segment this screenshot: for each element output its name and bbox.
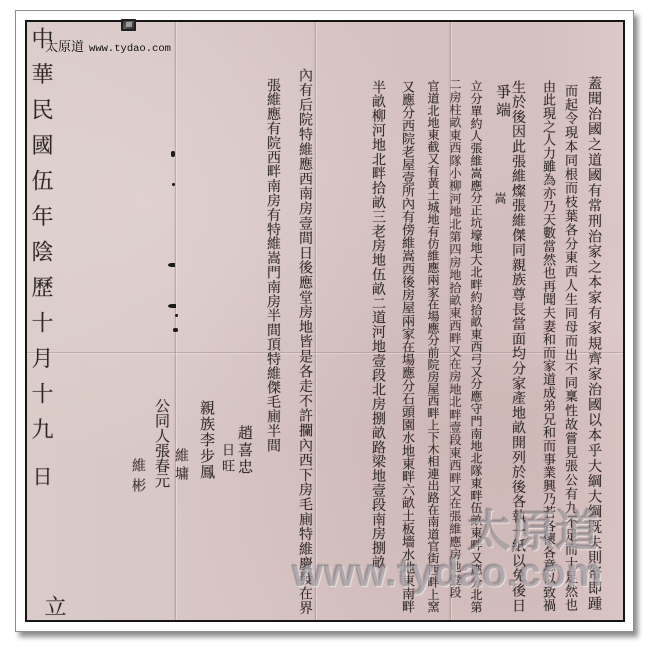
date-day-unit: 日: [31, 466, 51, 486]
signatory: 日旺: [220, 443, 233, 475]
site-watermark-top: 太原道www.tydao.com: [45, 38, 171, 55]
closing-mark: 立: [42, 595, 64, 617]
document-text-column: 半畝柳河地北畔拾畝三老房地伍畝二道河地壹段北房捌畝路梁地壹段南房捌畝: [371, 80, 385, 570]
document-text-column: 官道北地東截又有黃土城地有仿維應兩家在場應分前院房屋西畔上下木相連出路在南道官街…: [427, 80, 439, 612]
document-date: 中華民國伍年陰歷十月十九: [29, 27, 51, 453]
signatory-name: 李步鳳: [198, 432, 216, 480]
fold-line-horizontal: [27, 352, 623, 353]
document-text-column: 二房柱畝東西隊小柳河地北第四房地拾畝東西畔又在房地北畔壹段東西畔又在張維應房地壹…: [449, 78, 461, 599]
document-text-column: 張維應有院西畔南房有特維嵩門南房半間頂特維傑毛廁半間: [266, 78, 280, 452]
signatory: 公同人張春元: [154, 398, 169, 488]
fold-line-vertical: [175, 22, 176, 620]
ink-mark: [172, 183, 175, 186]
signatory: 維彬: [131, 458, 145, 498]
signatory: 維墉: [174, 448, 188, 484]
signatory-name: 日旺: [219, 443, 234, 475]
date-day: 十九: [28, 382, 53, 453]
signatory-name: 趙喜忠: [236, 425, 254, 476]
document-text-column: 內有后院特維應西南房壹間日後應堂房地皆是各走不許攔內西下房毛廁特維慶發在界: [298, 68, 312, 616]
date-month: 十月: [28, 311, 53, 382]
signatory: 趙喜忠: [237, 425, 252, 476]
date-year: 伍年: [28, 169, 53, 240]
document-photo: 太原道www.tydao.com 蓋聞治國之道國有常刑治家之本家有家規齊家治國以…: [25, 20, 625, 622]
ink-mark: [168, 304, 176, 308]
signatory-label: 公同人: [153, 398, 171, 443]
ink-mark: [175, 314, 178, 317]
binder-clip-icon: [121, 19, 136, 31]
ink-mark: [168, 263, 175, 267]
site-watermark-brand: 太原道: [467, 510, 599, 554]
signatory-name: 維墉: [173, 448, 189, 484]
ink-mark: [173, 328, 178, 332]
fold-line-vertical: [315, 22, 316, 620]
signatory-name: 張春元: [153, 443, 171, 488]
date-era: 中華民國: [28, 27, 53, 169]
signatory-label: 親族: [198, 400, 216, 432]
inserted-name-char: 嵩: [494, 192, 506, 204]
document-text-column: 又應分西院老屋壹所內有傍維嵩西後房屋兩家在場應分石頭園水地東畔六畝土板墻水地東南…: [400, 80, 413, 613]
dispute-label: 爭端: [495, 84, 510, 120]
site-watermark-url: www.tydao.com: [292, 553, 603, 593]
ink-mark: [171, 151, 175, 157]
signatory: 親族李步鳳: [199, 400, 214, 480]
date-calendar: 陰歷: [28, 240, 53, 311]
signatory-name: 維彬: [130, 458, 146, 498]
watermark-url: www.tydao.com: [89, 43, 171, 55]
